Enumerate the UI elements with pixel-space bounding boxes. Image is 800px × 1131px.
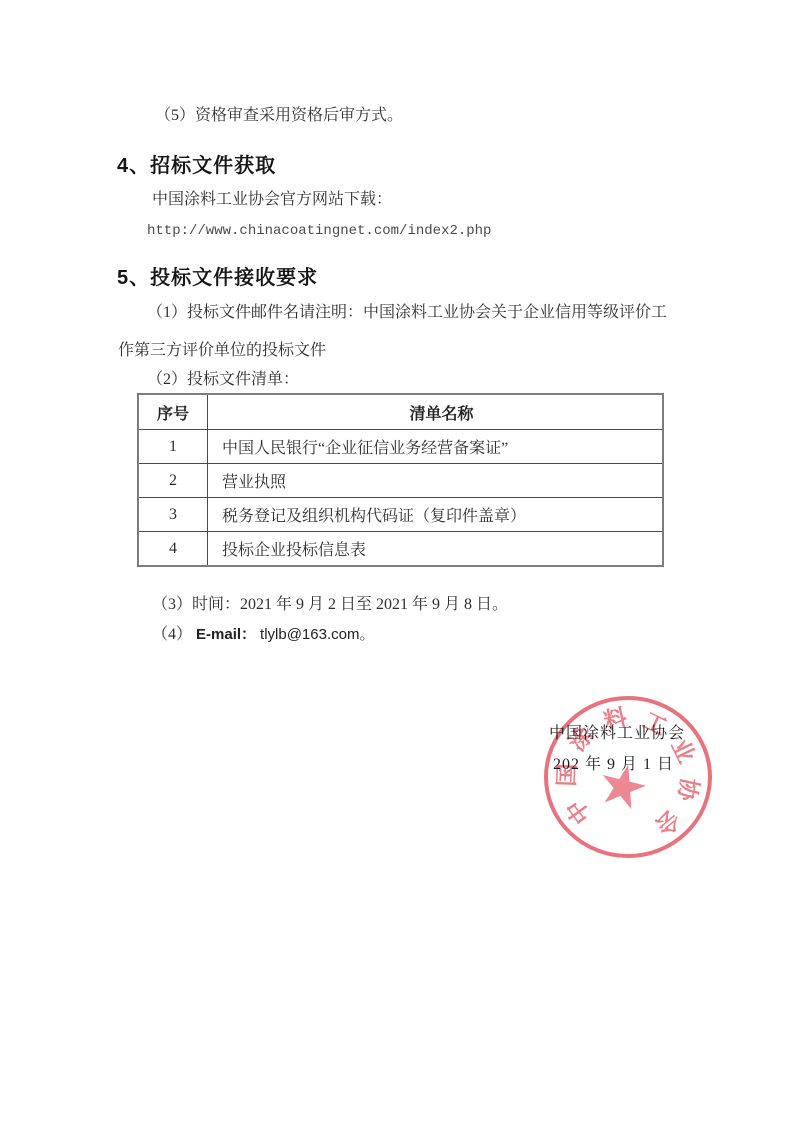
table-cell-name: 税务登记及组织机构代码证（复印件盖章） (208, 498, 664, 532)
signature-org: 中国涂料工业协会 (549, 720, 685, 743)
table-header-row: 序号 清单名称 (138, 394, 663, 430)
section4-heading: 4、招标文件获取 (117, 149, 276, 178)
section5-heading: 5、投标文件接收要求 (117, 261, 318, 290)
download-url: http://www.chinacoatingnet.com/index2.ph… (147, 223, 491, 239)
paragraph-email: （4） E-mail： tlylb@163.com。 (152, 624, 374, 646)
stamp-arc-character: 协 (673, 775, 702, 804)
table-cell-no: 3 (138, 498, 208, 532)
section4-download-line: 中国涂料工业协会官方网站下载： (152, 189, 392, 211)
email-label: E-mail： (196, 626, 256, 643)
email-prefix: （4） (152, 626, 192, 643)
paragraph-qualification-review: （5）资格审查采用资格后审方式。 (155, 105, 403, 127)
paragraph-email-subject-line2: 作第三方评价单位的投标文件 (118, 340, 326, 362)
paragraph-time: （3）时间：2021 年 9 月 2 日至 2021 年 9 月 8 日。 (152, 594, 508, 616)
document-page: （5）资格审查采用资格后审方式。 4、招标文件获取 中国涂料工业协会官方网站下载… (0, 0, 800, 1131)
table-cell-no: 4 (138, 532, 208, 567)
table-header-no: 序号 (138, 394, 208, 430)
table-cell-name: 投标企业投标信息表 (208, 532, 664, 567)
stamp-arc-character: 会 (650, 805, 684, 840)
paragraph-document-list-intro: （2）投标文件清单： (147, 369, 299, 391)
stamp-arc-character: 中 (562, 795, 596, 828)
table-row: 4 投标企业投标信息表 (138, 532, 663, 567)
table-cell-name: 营业执照 (208, 464, 664, 498)
table-row: 1 中国人民银行“企业征信业务经营备案证” (138, 430, 663, 464)
table-row: 3 税务登记及组织机构代码证（复印件盖章） (138, 498, 663, 532)
signature-date: 202 年 9 月 1 日 (553, 751, 674, 774)
paragraph-email-subject-line1: （1）投标文件邮件名请注明：中国涂料工业协会关于企业信用等级评价工 (147, 302, 667, 324)
table-cell-no: 1 (138, 430, 208, 464)
email-address: tlylb@163.com。 (260, 626, 374, 643)
official-seal-stamp: ★ 中国涂料工业协会 (543, 694, 713, 860)
table-cell-name: 中国人民银行“企业征信业务经营备案证” (208, 430, 664, 464)
table-cell-no: 2 (138, 464, 208, 498)
table-header-name: 清单名称 (208, 394, 664, 430)
document-list-table: 序号 清单名称 1 中国人民银行“企业征信业务经营备案证” 2 营业执照 3 税… (137, 393, 664, 567)
table-row: 2 营业执照 (138, 464, 663, 498)
